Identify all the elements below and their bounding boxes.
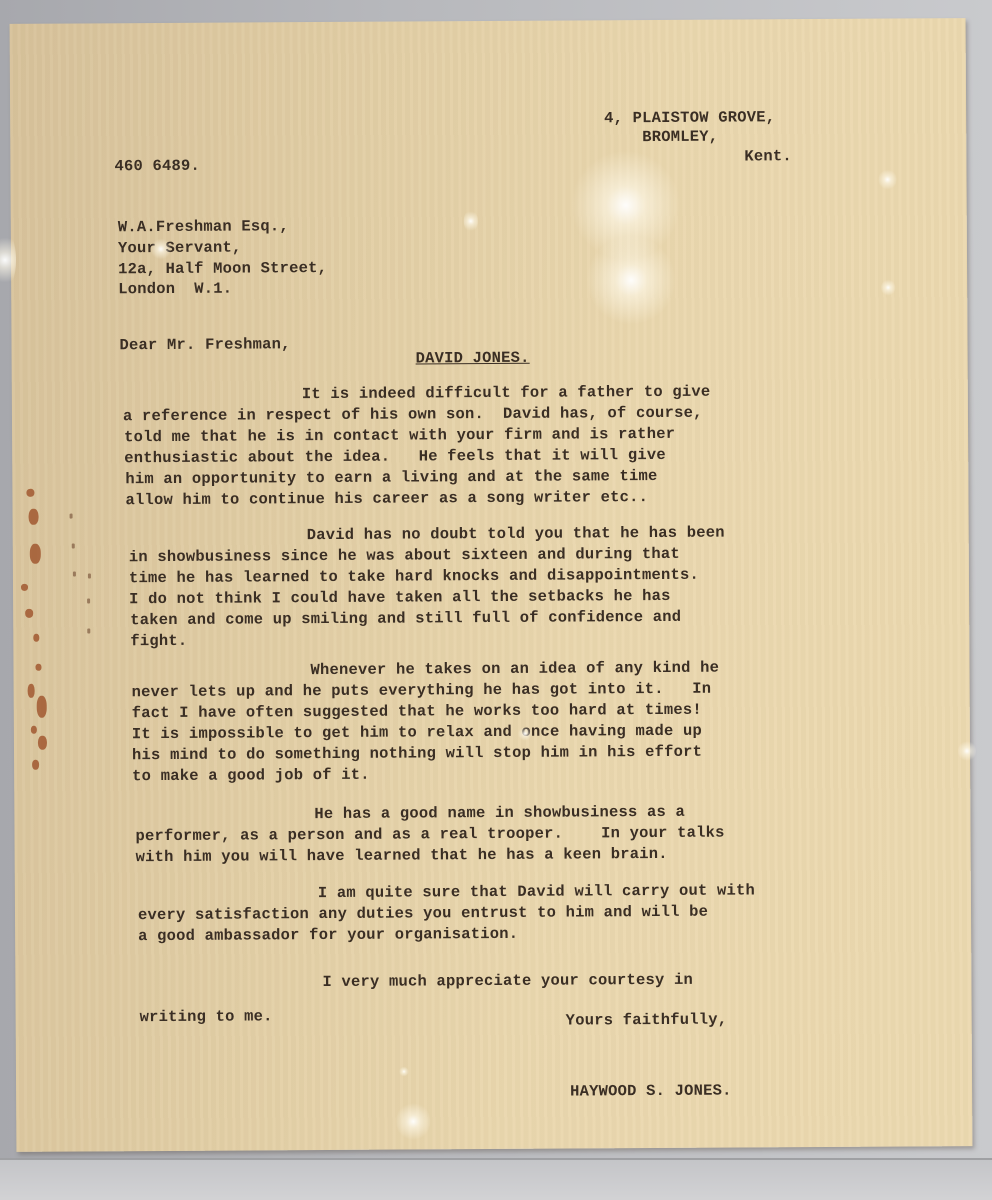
recipient-line-3: 12a, Half Moon Street, (118, 258, 327, 280)
sender-address-line-3: Kent. (744, 146, 792, 167)
body-line: He has a good name in showbusiness as a (314, 802, 685, 825)
body-line: a good ambassador for your organisation. (138, 924, 518, 947)
glare-reflection (878, 169, 896, 191)
body-line: I am quite sure that David will carry ou… (318, 880, 755, 903)
body-line: It is impossible to get him to relax and… (132, 721, 702, 745)
paragraph-2: David has no doubt told you that he has … (10, 18, 966, 24)
glare-reflection (399, 1067, 409, 1077)
paragraph-6: I very much appreciate your courtesy in … (10, 18, 966, 24)
glare-reflection (396, 1101, 430, 1141)
glare-reflection (464, 209, 478, 233)
recipient-address: W.A.Freshman Esq., Your Servant, 12a, Ha… (10, 18, 966, 24)
body-line: David has no doubt told you that he has … (307, 523, 725, 546)
signature-name: HAYWOOD S. JONES. (570, 1081, 732, 1102)
body-line: his mind to do something nothing will st… (132, 742, 702, 766)
salutation: Dear Mr. Freshman, (119, 334, 290, 356)
closing: Yours faithfully, (566, 1010, 728, 1031)
body-line: performer, as a person and as a real tro… (135, 823, 724, 847)
recipient-line-2: Your Servant, (118, 238, 242, 259)
paragraph-3: Whenever he takes on an idea of any kind… (10, 18, 966, 24)
body-line: in showbusiness since he was about sixte… (129, 544, 680, 568)
body-line: I very much appreciate your courtesy in (322, 970, 693, 993)
sender-address-line-2: BROMLEY, (642, 127, 718, 148)
body-line: fact I have often suggested that he work… (132, 700, 702, 724)
body-line: told me that he is in contact with your … (124, 424, 675, 448)
body-line: enthusiastic about the idea. He feels th… (124, 445, 666, 469)
body-line: taken and come up smiling and still full… (130, 607, 681, 631)
display-case-ledge (0, 1158, 992, 1200)
recipient-line-1: W.A.Freshman Esq., (118, 216, 289, 238)
body-line: to make a good job of it. (132, 765, 370, 787)
body-line: time he has learned to take hard knocks … (129, 565, 699, 589)
body-line: writing to me. (140, 1006, 273, 1027)
paragraph-5: I am quite sure that David will carry ou… (10, 18, 966, 24)
body-line: never lets up and he puts everything he … (132, 679, 712, 703)
body-line: Whenever he takes on an idea of any kind… (310, 658, 719, 681)
glare-reflection (586, 235, 677, 326)
body-line: It is indeed difficult for a father to g… (302, 382, 711, 405)
body-line: him an opportunity to earn a living and … (125, 466, 657, 490)
phone-number: 460 6489. (114, 156, 200, 177)
body-line: every satisfaction any duties you entrus… (138, 902, 708, 926)
letter-page: 4, PLAISTOW GROVE, BROMLEY, Kent. 460 64… (10, 18, 973, 1152)
body-line: allow him to continue his career as a so… (125, 487, 648, 511)
subject-heading: DAVID JONES. (416, 348, 530, 369)
body-line: I do not think I could have taken all th… (129, 586, 671, 610)
body-line: with him you will have learned that he h… (136, 844, 668, 868)
paragraph-4: He has a good name in showbusiness as a … (10, 18, 966, 24)
body-line: a reference in respect of his own son. D… (123, 403, 703, 427)
glare-reflection (881, 279, 895, 297)
glare-reflection (570, 150, 681, 261)
sender-address-line-1: 4, PLAISTOW GROVE, (604, 107, 775, 129)
recipient-line-4: London W.1. (118, 279, 232, 300)
rust-stains (10, 18, 966, 24)
body-line: fight. (130, 631, 187, 652)
paragraph-1: It is indeed difficult for a father to g… (10, 18, 966, 24)
